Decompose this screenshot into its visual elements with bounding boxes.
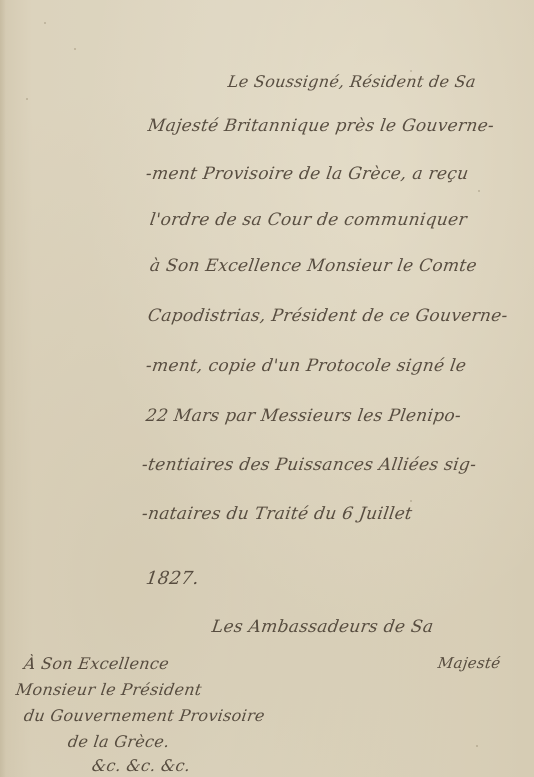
- address-line: Monsieur le Président: [15, 680, 203, 699]
- body-line: Le Soussigné, Résident de Sa: [227, 72, 478, 91]
- paper-speck: [26, 98, 28, 100]
- paper-speck: [44, 22, 46, 24]
- body-line: l'ordre de sa Cour de communiquer: [149, 210, 469, 230]
- date-year: 1827.: [145, 568, 201, 589]
- body-line: à Son Excellence Monsieur le Comte: [149, 256, 479, 276]
- body-line: Majesté Britannique près le Gouverne-: [147, 116, 496, 136]
- paper-left-edge: [0, 0, 6, 777]
- paper-speck: [478, 190, 480, 192]
- body-line: -ment Provisoire de la Grèce, a reçu: [145, 164, 470, 184]
- paper-speck: [476, 745, 478, 747]
- paper-speck: [410, 500, 412, 502]
- paper-speck: [74, 48, 76, 50]
- body-line: -nataires du Traité du 6 Juillet: [141, 504, 414, 524]
- address-line: À Son Excellence: [23, 654, 171, 673]
- body-line: Capodistrias, Président de ce Gouverne-: [147, 306, 509, 326]
- address-line: &c. &c. &c.: [91, 756, 192, 775]
- body-line: Majesté: [437, 654, 502, 672]
- body-line: Les Ambassadeurs de Sa: [211, 617, 435, 637]
- address-line: du Gouvernement Provisoire: [23, 706, 266, 725]
- address-line: de la Grèce.: [67, 732, 171, 751]
- body-line: 22 Mars par Messieurs les Plenipo-: [145, 406, 463, 426]
- body-line: -tentiaires des Puissances Alliées sig-: [141, 455, 478, 475]
- body-line: -ment, copie d'un Protocole signé le: [145, 356, 468, 376]
